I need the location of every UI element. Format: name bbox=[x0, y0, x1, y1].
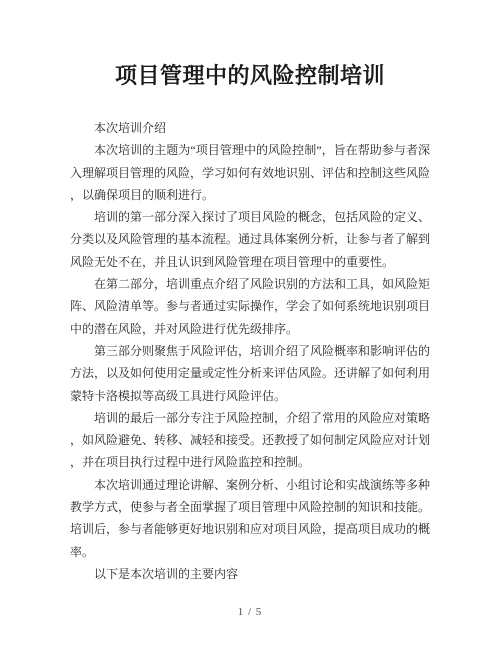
paragraph: 培训的最后一部分专注于风险控制，介绍了常用的风险应对策略，如风险避免、转移、减轻… bbox=[70, 407, 430, 474]
paragraph: 本次培训的主题为“项目管理中的风险控制”，旨在帮助参与者深入理解项目管理的风险，… bbox=[70, 139, 430, 206]
paragraph: 在第二部分，培训重点介绍了风险识别的方法和工具，如风险矩阵、风险清单等。参与者通… bbox=[70, 273, 430, 340]
paragraph: 本次培训通过理论讲解、案例分析、小组讨论和实战演练等多种教学方式，使参与者全面掌… bbox=[70, 474, 430, 563]
paragraph: 第三部分则聚焦于风险评估，培训介绍了风险概率和影响评估的方法，以及如何使用定量或… bbox=[70, 340, 430, 407]
page-number: 1 / 5 bbox=[0, 605, 500, 619]
paragraph: 培训的第一部分深入探讨了项目风险的概念，包括风险的定义、分类以及风险管理的基本流… bbox=[70, 206, 430, 273]
document-body: 本次培训介绍 本次培训的主题为“项目管理中的风险控制”，旨在帮助参与者深入理解项… bbox=[70, 117, 430, 585]
document-title: 项目管理中的风险控制培训 bbox=[0, 60, 500, 92]
paragraph: 以下是本次培训的主要内容 bbox=[70, 563, 430, 585]
paragraph: 本次培训介绍 bbox=[70, 117, 430, 139]
document-page: 项目管理中的风险控制培训 本次培训介绍 本次培训的主题为“项目管理中的风险控制”… bbox=[0, 0, 500, 647]
